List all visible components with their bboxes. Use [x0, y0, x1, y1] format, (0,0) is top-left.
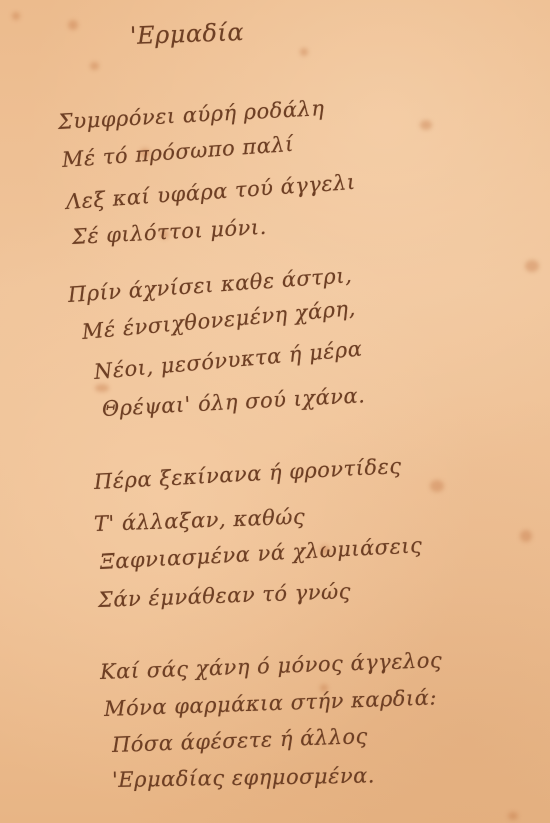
poem-line: 'Ερμαδίας εφημοσμένα. — [112, 763, 375, 792]
stain — [68, 20, 78, 30]
stain — [95, 384, 109, 392]
stain — [520, 530, 532, 542]
stain — [508, 812, 518, 820]
stain — [12, 12, 20, 20]
stain — [300, 48, 308, 56]
stain — [90, 62, 99, 70]
poem-title: 'Ερμαδία — [130, 18, 245, 50]
stain — [430, 480, 444, 492]
stain — [420, 120, 432, 130]
stain — [525, 260, 539, 272]
